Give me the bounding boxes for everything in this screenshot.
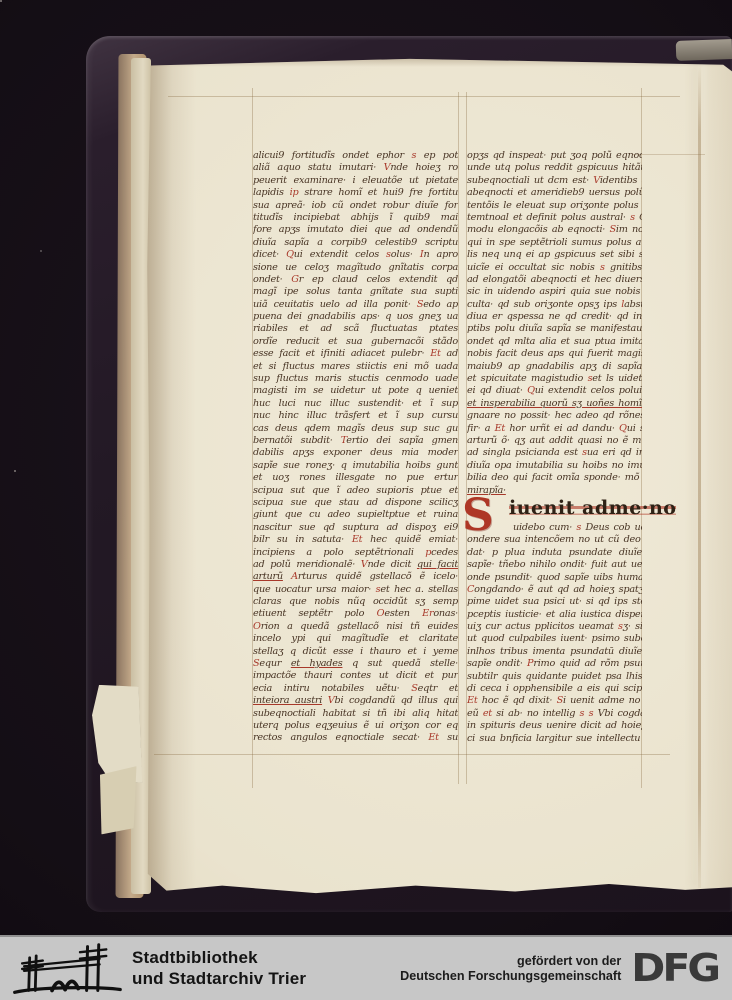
rubricated-initial: S — [462, 495, 494, 537]
funding-credit: gefördert von der Deutschen Forschungsge… — [400, 954, 621, 982]
manuscript-text-line: peuerit examinare· i eleuatõe ut pietate — [253, 175, 458, 187]
library-name-line2: und Stadtarchiv Trier — [132, 969, 306, 989]
manuscript-text-line: et uoʒ rones illesgate no pue ertur — [253, 472, 458, 484]
manuscript-scan: alicui9 fortitudĩs ondet ephor s ep pota… — [0, 0, 732, 935]
manuscript-text-line: ut quod culpabiles iuent· psimo subeat — [467, 633, 642, 645]
manuscript-text-line: in spituris deus uenire dicit ad hoieʒ q… — [467, 720, 642, 732]
manuscript-text-line: claras que nobis nũq occidũt sʒ semp — [253, 596, 458, 608]
manuscript-text-line: diuĩa opa imutabilia su hoibs no imu — [467, 460, 642, 472]
manuscript-text-line: abeqnocti et ameridieb9 uersus polũ sep — [467, 187, 642, 199]
manuscript-text-line: modu elongacõis ab eqnocti· Sim nob — [467, 224, 642, 236]
manuscript-text-line: qui in spe septẽtrioli sumus polus aust — [467, 237, 642, 249]
manuscript-text-line: ci sua bnficia largitur sue intellectu e… — [467, 733, 642, 745]
manuscript-text-line: incelo ypi qui magĩtudĩe et claritate — [253, 633, 458, 645]
manuscript-text-line: diuĩa sapĩa a corpib9 celestib9 scriptu — [253, 237, 458, 249]
manuscript-text-line: huc luci nuc illuc sustendit· et ĩ sup — [253, 398, 458, 410]
manuscript-text-line: esse facit et ifiniti adiacet pulebr· Et… — [253, 348, 458, 360]
manuscript-text-line: ei qd diuat· Qui extendit celos polui — [467, 385, 642, 397]
manuscript-page: alicui9 fortitudĩs ondet ephor s ep pota… — [146, 58, 732, 894]
manuscript-text-line: inteiora austri Vbi cogdandũ qd illus qu… — [253, 695, 458, 707]
manuscript-text-line: magĩ ipe solus tanta gnĩtate sua supti — [253, 286, 458, 298]
manuscript-text-line: ad singla psicianda est sua eri qd intel… — [467, 447, 642, 459]
ruling-line — [633, 154, 705, 155]
manuscript-text-line: culta· qd sub oriʒonte opsʒ ips labstõe — [467, 299, 642, 311]
dust-specks — [0, 0, 2, 2]
manuscript-text-line: stellaʒ q dicũt esse i thauro et i yeme — [253, 646, 458, 658]
manuscript-text-line: ad elongatõi abeqnocti et hec diuersit — [467, 274, 642, 286]
dfg-logo: DFG — [631, 949, 718, 988]
manuscript-text-line: Sequr et hyades q sut quedã stelle· — [253, 658, 458, 670]
manuscript-text-line: di ceca i opphensibile a eis qui scipuit — [467, 683, 642, 695]
manuscript-text-line: nobis facit deus aps qui fuerit magist — [467, 348, 642, 360]
manuscript-text-line: scipua sue que stau ad dispone scilicʒ — [253, 497, 458, 509]
rubric-heading-text: iuenit adme·no — [509, 497, 676, 519]
manuscript-text-line: subeqnoctiali ut dcm est· Videntibs autẽ — [467, 175, 642, 187]
manuscript-text-line: uiʒ cur actus pplicitos ueamat sʒ· si — [467, 621, 642, 633]
manuscript-text-line: unde utq polus reddit gspicuus hitãtibs — [467, 162, 642, 174]
manuscript-text-line: incipiens a polo septẽtrionali pcedes — [253, 547, 458, 559]
manuscript-text-line: sapĩe sue roneʒ· q imutabilia hoibs gunt — [253, 460, 458, 472]
manuscript-text-line: fore apʒs imutato diei que ad ondendũ — [253, 224, 458, 236]
manuscript-text-line: sapĩe· tñebo nihilo ondit· fuit aut uer — [467, 559, 642, 571]
manuscript-text-line: ad polũ meridionalẽ· Vnde dicit qui faci… — [253, 559, 458, 571]
manuscript-text-line: nuc hinc illuc trãsfert et ĩ sup cursu — [253, 410, 458, 422]
manuscript-text-line: bilr su in satuta· Et hec quidẽ emiat· — [253, 534, 458, 546]
manuscript-text-line: Et hoc ẽ qd dixit· Si uenit adme no uide… — [467, 695, 642, 707]
manuscript-text-line: tentõis le eleuat sup oriʒonte polus sep — [467, 200, 642, 212]
manuscript-text-line: maiub9 ap gnadabilis apʒ di sapĩa — [467, 361, 642, 373]
manuscript-text-line: riabiles et ad scã fluctuatas ptates — [253, 323, 458, 335]
manuscript-text-line: onde psundit· quod sapĩe uibs humane — [467, 572, 642, 584]
manuscript-text-line: aliã aquo statu imutari· Vnde hoieʒ ro — [253, 162, 458, 174]
manuscript-text-line: et si fluctus mares stiictis eni mõ uada — [253, 361, 458, 373]
manuscript-text-line: et insperabilia quorũ sʒ uoñes homĩs — [467, 398, 642, 410]
text-column-right: opʒs qd inspeat· put ʒoq polũ eqnoctisun… — [467, 150, 642, 745]
stadtbibliothek-trier-logo — [10, 941, 124, 997]
manuscript-text-line: Orion a quedã gstellacõ nisi tñ euides — [253, 621, 458, 633]
manuscript-text-line: scipua sut que ĩ adeo supioris ptue et — [253, 485, 458, 497]
manuscript-text-line: que uocatur ursa maior· set hec a. stell… — [253, 584, 458, 596]
library-name: Stadtbibliothek und Stadtarchiv Trier — [132, 948, 306, 988]
manuscript-text-line: ordĩe reducit et sua gubernacõi stãdo — [253, 336, 458, 348]
funding-line2: Deutschen Forschungsgemeinschaft — [400, 969, 621, 983]
ruling-line — [458, 92, 459, 784]
manuscript-text-line: opʒs qd inspeat· put ʒoq polũ eqnoctis — [467, 150, 642, 162]
manuscript-text-line: puena dei gnadabilis aps· q uos gneʒ ua — [253, 311, 458, 323]
manuscript-text-line: fir· a Et hor urñt ei ad dandu· Qui si — [467, 423, 642, 435]
manuscript-text-line: dicet· Qui extendit celos solus· In apro — [253, 249, 458, 261]
manuscript-text-line: ptibs polu diuĩa sapĩa se manifestauit — [467, 323, 642, 335]
manuscript-text-line: gnaare no possit· hec adeo qd rõnes sur — [467, 410, 642, 422]
text-column-left: alicui9 fortitudĩs ondet ephor s ep pota… — [253, 150, 458, 745]
manuscript-text-line: cas deus qdem magĩs deus sup suc gu — [253, 423, 458, 435]
manuscript-text-line: uterq polus eqʒeuius ẽ ui oriʒon cor eq — [253, 720, 458, 732]
manuscript-text-line: nascitur sue qd suptura ad dispoʒ ei9 — [253, 522, 458, 534]
manuscript-text-line: inlhos tribus imenta psundatū diuĩe — [467, 646, 642, 658]
manuscript-text-line: et spicuitate magistudio set ls uidet — [467, 373, 642, 385]
manuscript-text-line: magisti im se uidetur ut pote q ueniet — [253, 385, 458, 397]
ruling-line — [168, 96, 680, 97]
manuscript-text-line: ecia intiru notabiles uẽtu· Seqtr et — [253, 683, 458, 695]
book-headband — [676, 39, 732, 61]
rubric-heading: Siuenit adme·no — [467, 497, 642, 522]
manuscript-text-line: sapĩe ondit· Primo quid ad rõm psunde et — [467, 658, 642, 670]
manuscript-text-line: uiã ceuitatis uelo ad illa ponit· Sedo a… — [253, 299, 458, 311]
manuscript-text-line: sione ue celoʒ magĩtudo gnĩtatis corpa — [253, 262, 458, 274]
manuscript-text-line: giunt que cu adeo supieltptue et ruina — [253, 509, 458, 521]
manuscript-text-line: sua apreã· iob cũ ondet robur diuĩe for — [253, 200, 458, 212]
manuscript-text-line: ondet qd mlta alia et sua ptua imitabili… — [467, 336, 642, 348]
manuscript-text-line: sup fluctus maris stuctis cenmodo uade — [253, 373, 458, 385]
manuscript-text-line: alicui9 fortitudĩs ondet ephor s ep pot — [253, 150, 458, 162]
manuscript-text-line: Congdando· ẽ aut qd ad hoieʒ spatʒ spi — [467, 584, 642, 596]
manuscript-text-line: uidebo cum· s Deus cob uoleʒ — [513, 522, 642, 534]
manuscript-text-line: arturũ Arturus quidẽ gstellacõ ẽ icelo· — [253, 571, 458, 583]
manuscript-text-line: ondet· Gr ep claud celos extendit qd — [253, 274, 458, 286]
manuscript-text-line: pceptis iusticie· et alia iustica dispen… — [467, 609, 642, 621]
manuscript-text-line: temtnoal et definit polus austral· s Gʒ — [467, 212, 642, 224]
manuscript-text-line: impactõe thauri contes ut dicit et pur — [253, 670, 458, 682]
manuscript-text-line: subeqnoctiali habitat si tñ ibi aliq hit… — [253, 708, 458, 720]
manuscript-text-line: subtilr quis quidante puidet psa lhistic… — [467, 671, 642, 683]
footer-banner: Stadtbibliothek und Stadtarchiv Trier ge… — [0, 935, 732, 1000]
manuscript-text-line: lis neq unq ei ap gspicuus set sibi stel… — [467, 249, 642, 261]
manuscript-text-line: dat· p plua induta psundate diuĩe — [467, 547, 642, 559]
ruling-line — [154, 754, 670, 755]
manuscript-text-line: pime uidet sua psici ut· si qd ips steli… — [467, 596, 642, 608]
page-fold-crease — [698, 64, 701, 888]
manuscript-text-line: bernatõi subdit· Tertio dei sapĩa gmen — [253, 435, 458, 447]
manuscript-text-line: etiuent septẽtr polo Oesten Eronas· — [253, 608, 458, 620]
library-name-line1: Stadtbibliothek — [132, 948, 306, 968]
manuscript-text-line: sic in uidendo aspiri quia sue nobis oc — [467, 286, 642, 298]
manuscript-text-line: rectos angulos eqnoctiale secat· Et su — [253, 732, 458, 744]
manuscript-text-line: uicĩe ei occultat sic nobis s gnitibs — [467, 262, 642, 274]
manuscript-text-line: bilia deo qui facit omĩa sponde· mõ et — [467, 472, 642, 484]
manuscript-text-line: diua er qspessa ne qd credit· qd in — [467, 311, 642, 323]
manuscript-text-line: arturũ õ· qʒ aut addit quasi no ẽ mui — [467, 435, 642, 447]
funding-line1: gefördert von der — [400, 954, 621, 968]
manuscript-text-line: dabilis apʒs exponer deus mia moder — [253, 447, 458, 459]
manuscript-text-line: lapidis ip strare homĩ et hui9 fre forti… — [253, 187, 458, 199]
manuscript-text-line: eũ et si ab· no intellig s s Vbi cogdand… — [467, 708, 642, 720]
manuscript-text-line: titudĩs incipiebat abhijs ĩ quib9 mai — [253, 212, 458, 224]
